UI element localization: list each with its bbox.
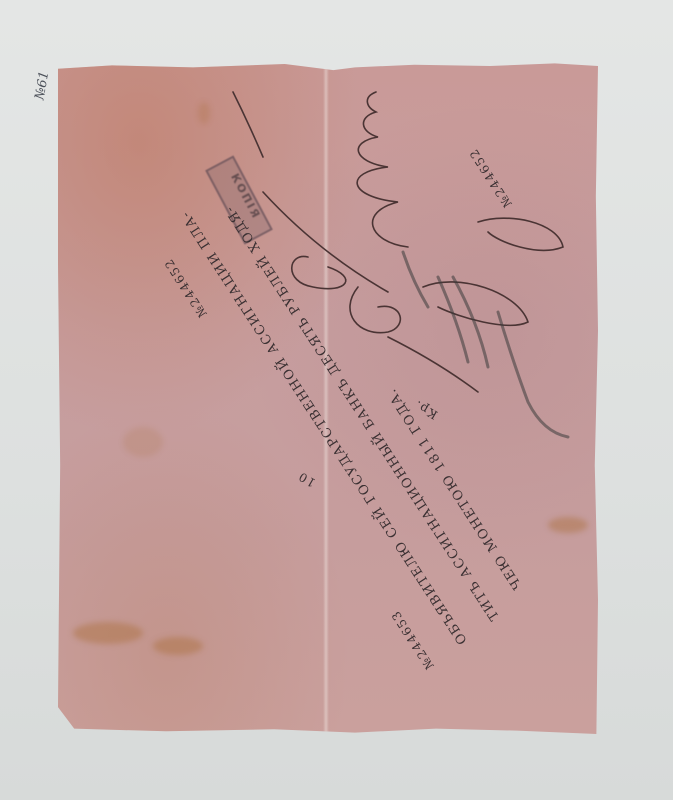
banknote-reverse: КОПІЯ ОБЪЯВИТЕЛЮ СЕЙ ГОСУДАРСТВЕННОЙ АСС… [58,62,598,734]
catalog-mark: №61 [33,70,53,101]
handwritten-signatures [58,62,598,734]
